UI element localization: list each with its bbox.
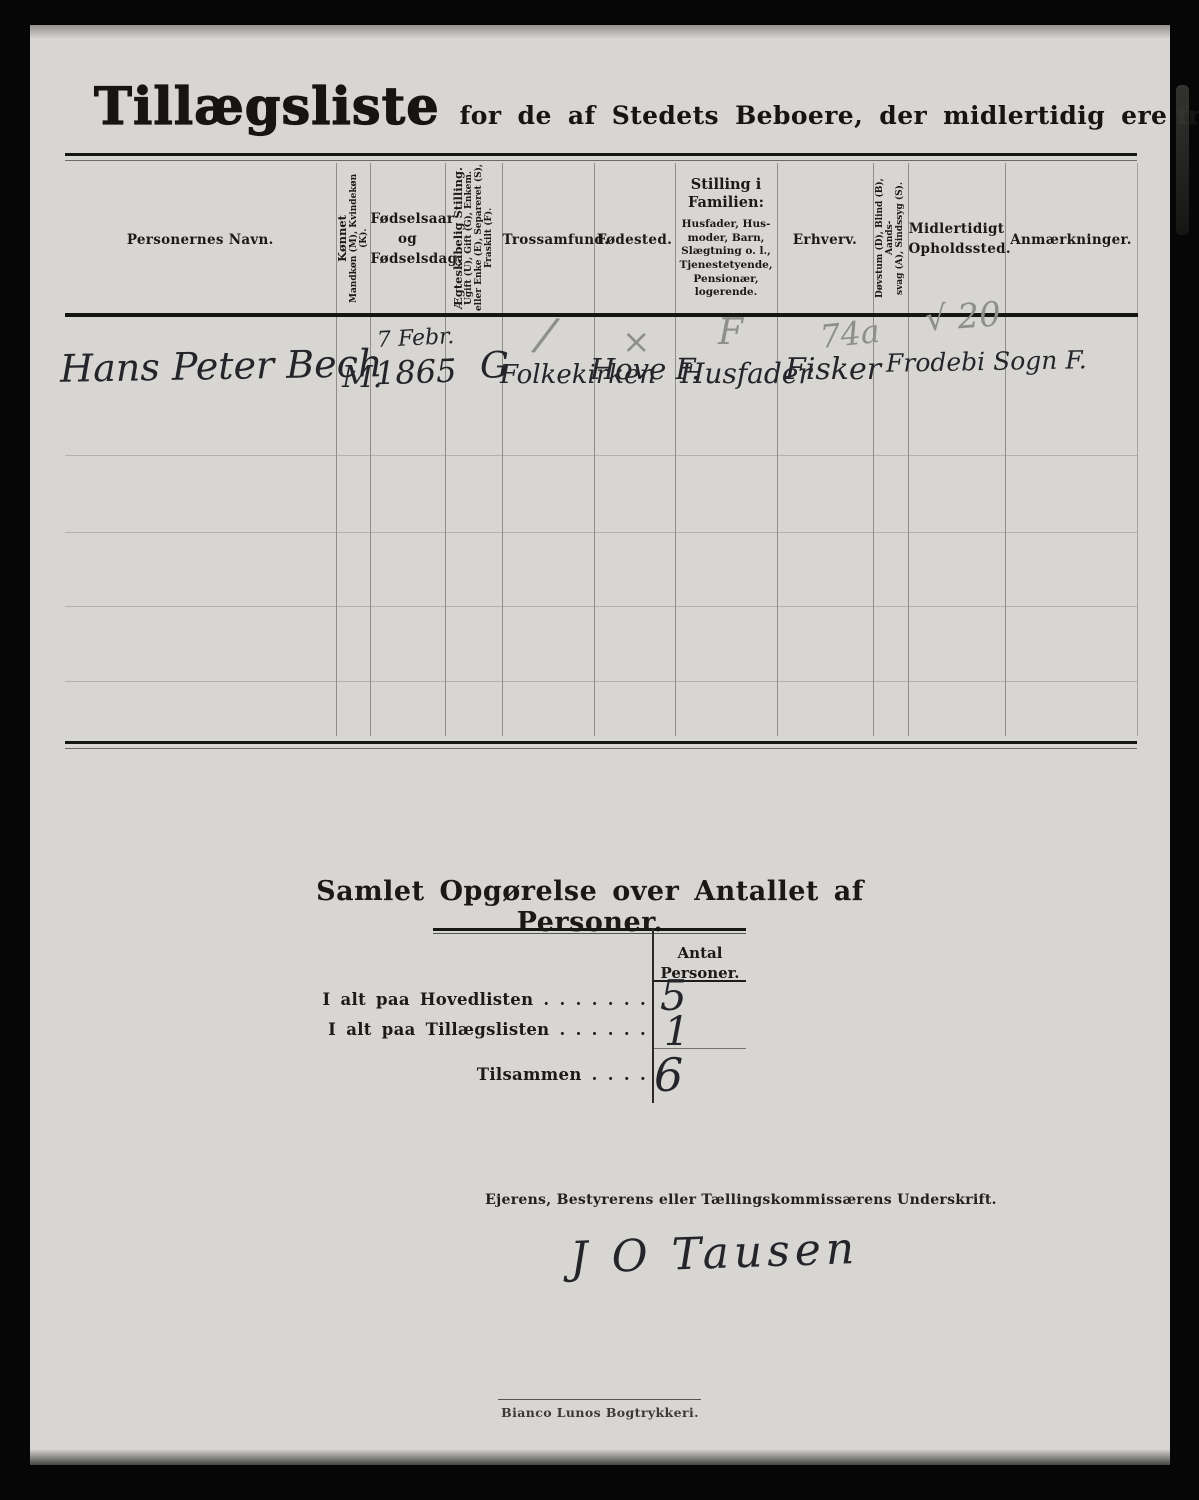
column-header-religion: Trossamfund. <box>502 163 594 315</box>
column-header-name: Personernes Navn. <box>65 163 336 315</box>
grid-cell <box>445 606 502 681</box>
grid-cell <box>65 455 336 532</box>
scan-background: Tillægsliste for de af Stedets Beboere, … <box>0 0 1199 1500</box>
grid-cell <box>445 681 502 736</box>
grid-cell <box>908 532 1005 606</box>
column-header-marital: Ægteskabelig Stilling. Ugift (U), Gift (… <box>445 163 502 315</box>
pencil-mark-residence: √ 20 <box>924 297 1002 336</box>
grid-cell <box>370 606 445 681</box>
column-header-marital-main: Ægteskabelig Stilling. <box>452 167 465 309</box>
summary-label-total: Tilsammen . . . . <box>130 1065 646 1084</box>
grid-cell <box>873 606 908 681</box>
column-header-occupation: Erhverv. <box>777 163 873 315</box>
grid-cell <box>445 532 502 606</box>
column-header-family-main: Stilling i Familien: <box>676 176 777 212</box>
grid-cell <box>777 532 873 606</box>
grid-cell <box>908 681 1005 736</box>
grid-cell <box>502 455 594 532</box>
entry-residence-handwriting: Frodebi Sogn F. <box>886 347 1087 375</box>
grid-cell <box>594 532 675 606</box>
grid-cell <box>502 532 594 606</box>
column-header-marital-sub: Ugift (U), Gift (G), Enkem. eller Enke (… <box>465 164 495 311</box>
pencil-mark-birthplace: × <box>622 325 651 359</box>
page-title-row: Tillægsliste for de af Stedets Beboere, … <box>94 77 1144 137</box>
grid-cell <box>873 532 908 606</box>
empty-row <box>65 532 1137 606</box>
header-row: Personernes Navn. Kønnet Mandkøn (M), Kv… <box>65 163 1137 315</box>
grid-cell <box>370 681 445 736</box>
summary-label-supplement: I alt paa Tillægslisten . . . . . . <box>130 1020 646 1039</box>
grid-cell <box>336 681 370 736</box>
entry-birthday-handwriting: 7 Febr. <box>376 326 454 352</box>
grid-cell <box>502 681 594 736</box>
page-subtitle: for de af Stedets Beboere, der midlertid… <box>460 101 1168 130</box>
grid-cell <box>777 606 873 681</box>
grid-cell <box>1005 455 1137 532</box>
grid-cell <box>1005 315 1137 455</box>
pencil-mark-occupation: 74a <box>818 315 881 353</box>
summary-top-rule-thin <box>433 933 746 934</box>
column-header-sex: Kønnet Mandkøn (M), Kvindekøn (K). <box>336 163 370 315</box>
column-header-birthdate: Fødselsaar og Fødselsdag. <box>370 163 445 315</box>
empty-row <box>65 606 1137 681</box>
top-rule-thick <box>65 153 1137 156</box>
printer-imprint: Bianco Lunos Bogtrykkeri. <box>480 1405 720 1420</box>
summary-label-mainlist: I alt paa Hovedlisten . . . . . . . <box>130 990 646 1009</box>
grid-cell <box>1005 606 1137 681</box>
column-header-disabilities: Døvstum (D), Blind (B), Aands- svag (A),… <box>873 163 908 315</box>
empty-row <box>65 681 1137 736</box>
grid-cell <box>675 606 777 681</box>
column-header-temporary-residence: Midlertidigt Opholdssted. <box>908 163 1005 315</box>
empty-row <box>65 455 1137 532</box>
grid-cell <box>594 455 675 532</box>
summary-top-rule <box>433 928 746 931</box>
top-rule-thin <box>65 160 1137 161</box>
document-page: Tillægsliste for de af Stedets Beboere, … <box>30 25 1170 1465</box>
entry-birthyear-handwriting: 1865 <box>374 355 457 390</box>
grid-cell <box>675 455 777 532</box>
signature-label: Ejerens, Bestyrerens eller Tællingskommi… <box>441 1192 1041 1208</box>
bottom-rule-thick <box>65 741 1137 744</box>
column-header-birthplace: Fødested. <box>594 163 675 315</box>
grid-cell <box>65 681 336 736</box>
adjacent-page-edge <box>1176 85 1189 235</box>
grid-cell <box>675 681 777 736</box>
page-title: Tillægsliste <box>94 77 440 137</box>
grid-cell <box>873 455 908 532</box>
entry-name-handwriting: Hans Peter Bech <box>60 344 383 388</box>
grid-cell <box>65 532 336 606</box>
imprint-rule <box>498 1399 701 1400</box>
column-header-remarks: Anmærkninger. <box>1005 163 1137 315</box>
summary-value-supplement: 1 <box>664 1012 689 1052</box>
grid-cell <box>873 681 908 736</box>
grid-cell <box>777 455 873 532</box>
column-header-sex-main: Kønnet <box>336 215 349 262</box>
grid-cell <box>445 455 502 532</box>
grid-cell <box>336 455 370 532</box>
grid-cell <box>777 681 873 736</box>
pencil-mark-family: F <box>718 315 743 351</box>
bottom-rule-thin <box>65 748 1137 749</box>
grid-cell <box>502 606 594 681</box>
column-header-sex-sub: Mandkøn (M), Kvindekøn (K). <box>350 164 370 312</box>
column-header-family-sub: Husfader, Hus- moder, Barn, Slægtning o.… <box>676 218 777 300</box>
grid-cell <box>908 455 1005 532</box>
census-table: Personernes Navn. Kønnet Mandkøn (M), Kv… <box>65 163 1138 736</box>
summary-value-total: 6 <box>654 1052 683 1098</box>
signature-handwriting: J O Tausen <box>569 1227 860 1281</box>
grid-cell <box>1005 681 1137 736</box>
grid-cell <box>908 606 1005 681</box>
column-header-disabilities-sub: Døvstum (D), Blind (B), Aands- svag (A),… <box>876 164 906 312</box>
grid-cell <box>65 606 336 681</box>
grid-cell <box>594 606 675 681</box>
grid-cell <box>336 532 370 606</box>
entry-occupation-handwriting: Fisker <box>785 355 881 385</box>
grid-cell <box>675 532 777 606</box>
grid-cell <box>594 681 675 736</box>
grid-cell <box>336 606 370 681</box>
grid-cell <box>370 455 445 532</box>
column-header-family-position: Stilling i Familien: Husfader, Hus- mode… <box>675 163 777 315</box>
grid-cell <box>370 532 445 606</box>
grid-cell <box>1005 532 1137 606</box>
